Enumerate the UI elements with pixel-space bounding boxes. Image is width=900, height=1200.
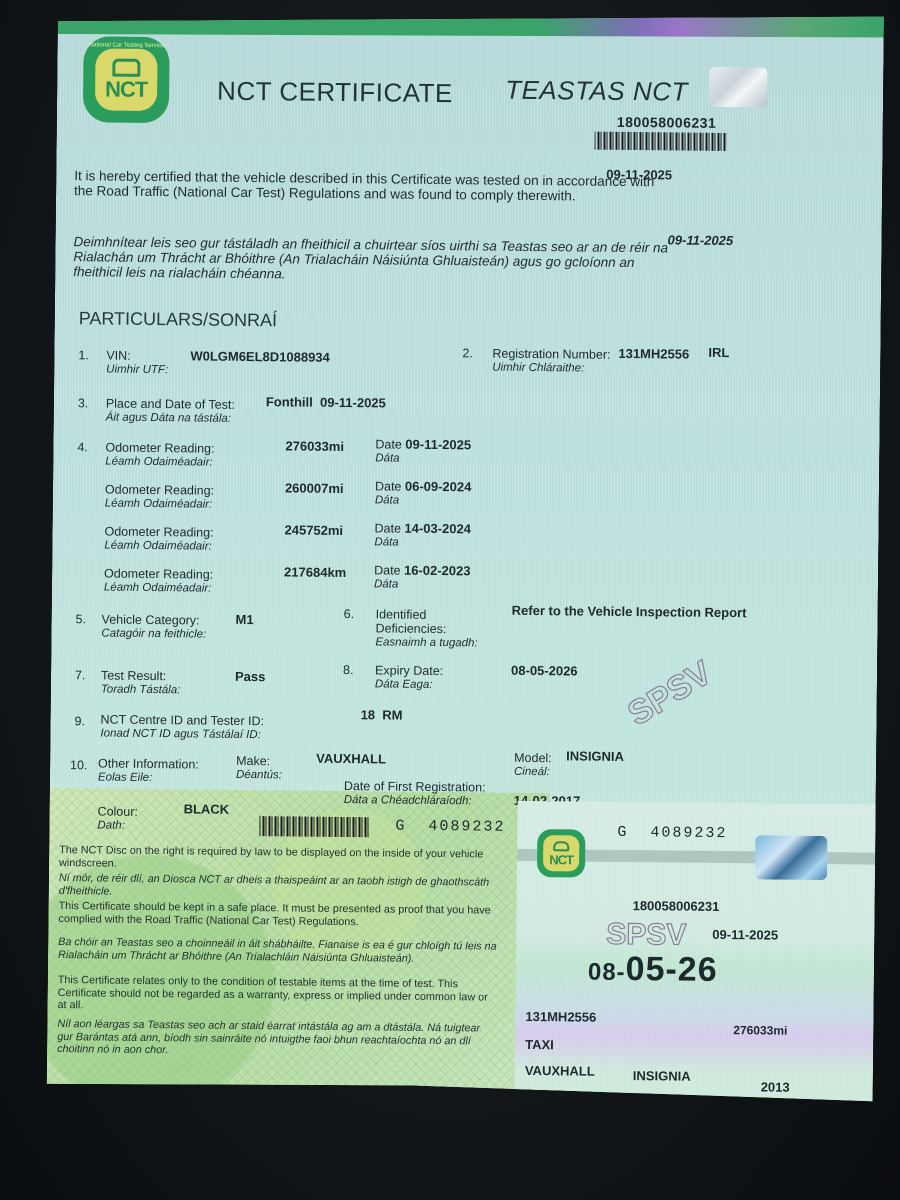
logo-text: NCT	[105, 78, 147, 100]
model-label: Model:Cineál:	[514, 751, 552, 779]
colour-value: BLACK	[184, 801, 230, 816]
disc-logo-text: NCT	[549, 853, 573, 866]
item-number: 9.	[74, 714, 85, 728]
note-en: The NCT Disc on the right is required by…	[59, 844, 499, 874]
item-number: 2.	[462, 346, 473, 360]
centre-label: NCT Centre ID and Tester ID:Ionad NCT ID…	[100, 712, 264, 742]
car-icon	[112, 59, 140, 77]
odometer-label: Odometer Reading:Léamh Odaiméadair:	[105, 483, 214, 512]
registration-label: Registration Number:Uimhir Chláraithe:	[492, 347, 610, 376]
title-english: NCT CERTIFICATE	[217, 76, 453, 109]
deficiencies-value: Refer to the Vehicle Inspection Report	[512, 603, 747, 620]
odometer-value: 260007mi	[285, 480, 344, 496]
odometer-readings: Odometer Reading:Léamh Odaiméadair:27603…	[58, 8, 884, 17]
expiry-value: 08-05-2026	[511, 663, 578, 679]
nct-disc: NCT G 4089232 180058006231 09-11-2025 SP…	[515, 801, 878, 1105]
disc-serial: G 4089232	[617, 824, 727, 842]
result-label: Test Result:Toradh Tástála:	[101, 668, 181, 697]
note-ga: Ba chóir an Teastas seo a choinneáil in …	[58, 936, 498, 966]
title-irish: TEASTAS NCT	[505, 75, 688, 108]
place-date-value: Fonthill 09-11-2025	[266, 394, 386, 410]
particulars-heading: PARTICULARS/SONRAÍ	[79, 308, 278, 331]
odometer-value: 217684km	[284, 564, 346, 580]
disc-type: TAXI	[525, 1037, 554, 1052]
odometer-label: Odometer Reading:Léamh Odaiméadair:	[104, 525, 213, 554]
registration-value: 131MH2556	[618, 346, 689, 362]
disc-expiry: 08-05-26	[588, 950, 718, 990]
result-value: Pass	[235, 669, 266, 684]
category-value: M1	[236, 612, 254, 627]
place-date-label: Place and Date of Test:Áit agus Dáta na …	[106, 397, 235, 426]
disc-registration: 131MH2556	[525, 1009, 596, 1025]
odometer-date: Date 06-09-2024Dáta	[375, 479, 472, 508]
disc-nct-logo-icon: NCT	[537, 829, 586, 878]
other-info-label: Other Information:Eolas Eile:	[98, 756, 199, 785]
disc-certificate-number: 180058006231	[633, 898, 720, 914]
registration-country: IRL	[708, 345, 729, 360]
disc-year: 2013	[761, 1079, 790, 1094]
deficiencies-label: IdentifiedDeficiencies:Easnaimh a tugadh…	[375, 607, 478, 650]
certification-text-en: It is hereby certified that the vehicle …	[74, 168, 674, 204]
car-icon	[553, 841, 569, 851]
disc-hologram-icon	[755, 835, 827, 880]
odometer-label: Odometer Reading:Léamh Odaiméadair:	[104, 567, 213, 596]
centre-value: 18 RM	[361, 707, 403, 722]
item-number: 5.	[76, 612, 87, 626]
odometer-date: Date 14-03-2024Dáta	[374, 521, 471, 550]
nct-logo-icon: National Car Testing Service NCT	[83, 36, 170, 123]
odometer-value: 245752mi	[284, 522, 343, 538]
odometer-date: Date 09-11-2025Dáta	[375, 437, 471, 466]
nct-certificate: National Car Testing Service NCT NCT CER…	[46, 8, 883, 1117]
make-label: Make:Déantús:	[236, 754, 282, 782]
top-color-band	[58, 8, 884, 43]
odometer-value: 276033mi	[285, 438, 344, 454]
certification-date-ga: 09-11-2025	[668, 232, 734, 248]
item-number: 10.	[70, 758, 88, 772]
item-number: 8.	[343, 663, 354, 677]
hologram-icon	[709, 67, 767, 108]
barcode	[595, 132, 727, 151]
disc-model: INSIGNIA	[633, 1068, 691, 1084]
colour-label: Colour:Dath:	[97, 804, 138, 832]
note-ga: Ní mór, de réir dlí, an Diosca NCT ar dh…	[59, 872, 499, 902]
certification-text-ga: Deimhnítear leis seo gur tástáladh an fh…	[73, 234, 673, 285]
odometer-label: Odometer Reading:Léamh Odaiméadair:	[105, 441, 214, 470]
logo-ring-text: National Car Testing Service	[84, 42, 170, 49]
notes: The NCT Disc on the right is required by…	[58, 8, 884, 17]
item-number: 6.	[344, 607, 355, 621]
odometer-date: Date 16-02-2023Dáta	[374, 563, 471, 592]
disc-spsv-stamp: SPSV	[606, 918, 686, 953]
certificate-number: 180058006231	[617, 114, 717, 131]
vin-label: VIN:Uimhir UTF:	[106, 349, 168, 378]
item-number: 1.	[78, 348, 89, 362]
make-value: VAUXHALL	[316, 751, 386, 767]
expiry-label: Expiry Date:Dáta Eaga:	[375, 663, 443, 692]
item-number: 4.	[77, 440, 88, 454]
item-number: 7.	[75, 668, 86, 682]
barcode	[259, 816, 369, 837]
note-en: This Certificate relates only to the con…	[57, 974, 497, 1016]
category-label: Vehicle Category:Catagóir na feithicle:	[101, 612, 206, 641]
item-number: 3.	[78, 396, 89, 410]
serial-number: G 4089232	[395, 818, 505, 836]
disc-test-date: 09-11-2025	[712, 927, 778, 943]
spsv-stamp: SPSV	[621, 654, 719, 735]
vin-value: W0LGM6EL8D1088934	[190, 348, 330, 364]
first-registration-label: Date of First Registration:Dáta a Chéadc…	[344, 779, 486, 808]
disc-make: VAUXHALL	[525, 1063, 595, 1079]
certification-date-en: 09-11-2025	[606, 167, 672, 183]
disc-odometer: 276033mi	[733, 1023, 787, 1038]
note-en: This Certificate should be kept in a saf…	[58, 900, 498, 930]
note-ga: Níl aon léargas sa Teastas seo ach ar st…	[57, 1018, 497, 1060]
model-value: INSIGNIA	[566, 748, 624, 764]
